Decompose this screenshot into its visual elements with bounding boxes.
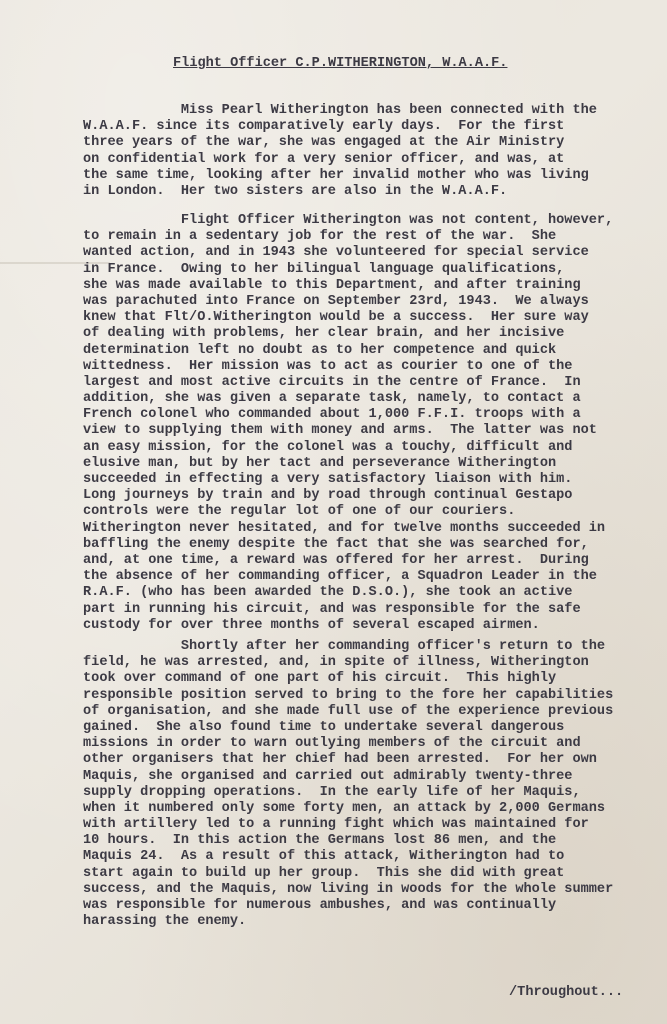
text-line: start again to build up her group. This … <box>83 866 667 882</box>
text-line: and, at one time, a reward was offered f… <box>83 553 667 569</box>
text-line: 10 hours. In this action the Germans los… <box>83 833 667 849</box>
text-line: success, and the Maquis, now living in w… <box>83 882 667 898</box>
text-line: Long journeys by train and by road throu… <box>83 488 667 504</box>
text-line: Maquis, she organised and carried out ad… <box>83 769 667 785</box>
text-line: when it numbered only some forty men, an… <box>83 801 667 817</box>
continuation-marker: /Throughout... <box>509 985 623 1000</box>
text-line: wanted action, and in 1943 she volunteer… <box>83 245 667 261</box>
text-line: other organisers that her chief had been… <box>83 752 667 768</box>
paragraph-2: Flight Officer Witherington was not cont… <box>83 213 667 634</box>
text-line: wittedness. Her mission was to act as co… <box>83 359 667 375</box>
text-line: R.A.F. (who has been awarded the D.S.O.)… <box>83 585 667 601</box>
text-line: harassing the enemy. <box>83 914 667 930</box>
text-line: of dealing with problems, her clear brai… <box>83 326 667 342</box>
text-line: the same time, looking after her invalid… <box>83 168 667 184</box>
text-line: Miss Pearl Witherington has been connect… <box>83 103 667 119</box>
text-line: she was made available to this Departmen… <box>83 278 667 294</box>
text-line: determination left no doubt as to her co… <box>83 343 667 359</box>
text-line: missions in order to warn outlying membe… <box>83 736 667 752</box>
text-line: Shortly after her commanding officer's r… <box>83 639 667 655</box>
text-line: W.A.A.F. since its comparatively early d… <box>83 119 667 135</box>
text-line: supply dropping operations. In the early… <box>83 785 667 801</box>
text-line: addition, she was given a separate task,… <box>83 391 667 407</box>
text-line: three years of the war, she was engaged … <box>83 135 667 151</box>
text-line: the absence of her commanding officer, a… <box>83 569 667 585</box>
text-line: an easy mission, for the colonel was a t… <box>83 440 667 456</box>
text-line: Witherington never hesitated, and for tw… <box>83 521 667 537</box>
text-line: elusive man, but by her tact and perseve… <box>83 456 667 472</box>
text-line: was parachuted into France on September … <box>83 294 667 310</box>
text-line: knew that Flt/O.Witherington would be a … <box>83 310 667 326</box>
text-line: largest and most active circuits in the … <box>83 375 667 391</box>
document-title: Flight Officer C.P.WITHERINGTON, W.A.A.F… <box>173 56 507 72</box>
text-line: was responsible for numerous ambushes, a… <box>83 898 667 914</box>
text-line: responsible position served to bring to … <box>83 688 667 704</box>
paragraph-1: Miss Pearl Witherington has been connect… <box>83 103 667 200</box>
text-line: succeeded in effecting a very satisfacto… <box>83 472 667 488</box>
text-line: in France. Owing to her bilingual langua… <box>83 262 667 278</box>
paragraph-3: Shortly after her commanding officer's r… <box>83 639 667 930</box>
text-line: gained. She also found time to undertake… <box>83 720 667 736</box>
text-line: part in running his circuit, and was res… <box>83 602 667 618</box>
text-line: took over command of one part of his cir… <box>83 671 667 687</box>
text-line: Maquis 24. As a result of this attack, W… <box>83 849 667 865</box>
text-line: custody for over three months of several… <box>83 618 667 634</box>
text-line: in London. Her two sisters are also in t… <box>83 184 667 200</box>
text-line: field, he was arrested, and, in spite of… <box>83 655 667 671</box>
text-line: view to supplying them with money and ar… <box>83 423 667 439</box>
text-line: on confidential work for a very senior o… <box>83 152 667 168</box>
document-page: Flight Officer C.P.WITHERINGTON, W.A.A.F… <box>0 0 667 1024</box>
text-line: controls were the regular lot of one of … <box>83 504 667 520</box>
text-line: with artillery led to a running fight wh… <box>83 817 667 833</box>
text-line: Flight Officer Witherington was not cont… <box>83 213 667 229</box>
text-line: of organisation, and she made full use o… <box>83 704 667 720</box>
text-line: to remain in a sedentary job for the res… <box>83 229 667 245</box>
text-line: French colonel who commanded about 1,000… <box>83 407 667 423</box>
text-line: baffling the enemy despite the fact that… <box>83 537 667 553</box>
